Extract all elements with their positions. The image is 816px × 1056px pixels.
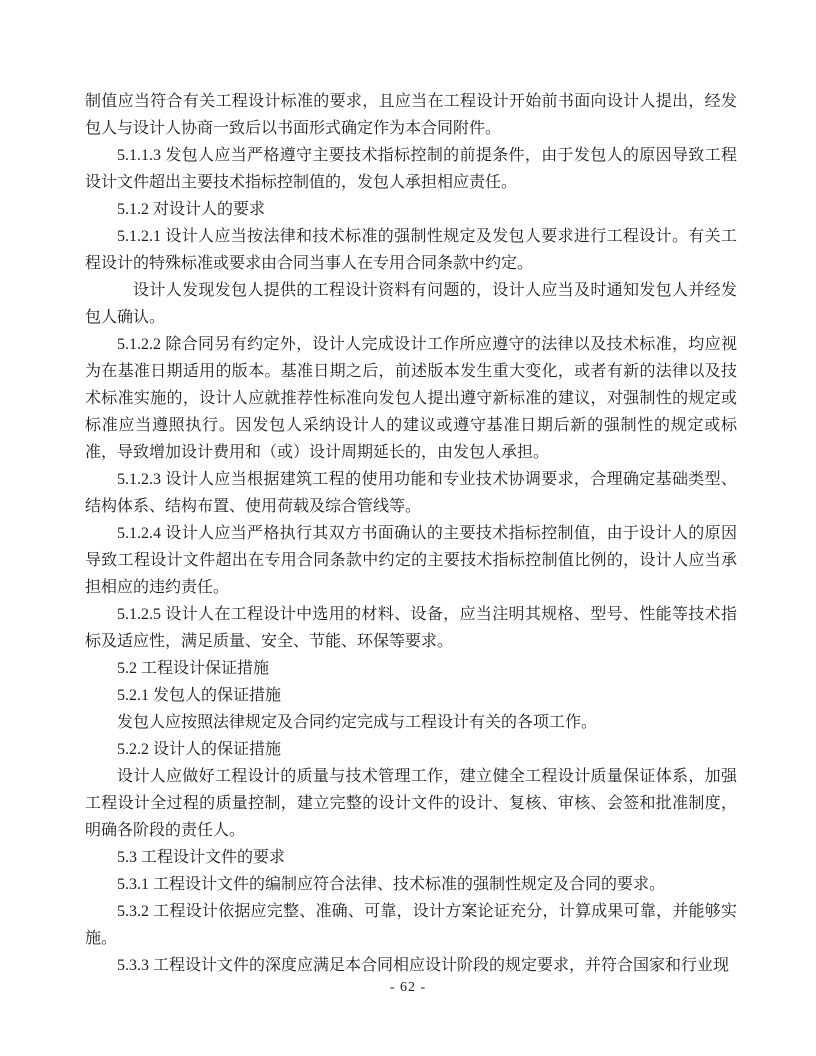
paragraph: 5.3.1 工程设计文件的编制应符合法律、技术标准的强制性规定及合同的要求。 [85, 871, 737, 898]
document-body: 制值应当符合有关工程设计标准的要求，且应当在工程设计开始前书面向设计人提出，经发… [85, 88, 737, 979]
paragraph: 5.2.2 设计人的保证措施 [85, 736, 737, 763]
paragraph: 5.1.2.5 设计人在工程设计中选用的材料、设备，应当注明其规格、型号、性能等… [85, 601, 737, 655]
paragraph: 发包人应按照法律规定及合同约定完成与工程设计有关的各项工作。 [85, 709, 737, 736]
paragraph: 设计人发现发包人提供的工程设计资料有问题的，设计人应当及时通知发包人并经发包人确… [85, 277, 737, 331]
paragraph: 5.2 工程设计保证措施 [85, 655, 737, 682]
paragraph: 5.1.2 对设计人的要求 [85, 196, 737, 223]
paragraph: 5.1.2.2 除合同另有约定外，设计人完成设计工作所应遵守的法律以及技术标准，… [85, 331, 737, 466]
paragraph: 5.1.2.1 设计人应当按法律和技术标准的强制性规定及发包人要求进行工程设计。… [85, 223, 737, 277]
paragraph: 5.1.1.3 发包人应当严格遵守主要技术指标控制的前提条件，由于发包人的原因导… [85, 142, 737, 196]
paragraph: 5.3 工程设计文件的要求 [85, 844, 737, 871]
paragraph: 设计人应做好工程设计的质量与技术管理工作，建立健全工程设计质量保证体系，加强工程… [85, 763, 737, 844]
page-footer: - 62 - [0, 980, 816, 996]
paragraph: 5.3.2 工程设计依据应完整、准确、可靠，设计方案论证充分，计算成果可靠，并能… [85, 898, 737, 952]
paragraph: 5.3.3 工程设计文件的深度应满足本合同相应设计阶段的规定要求，并符合国家和行… [85, 952, 737, 979]
paragraph: 5.1.2.4 设计人应当严格执行其双方书面确认的主要技术指标控制值，由于设计人… [85, 520, 737, 601]
document-page: 制值应当符合有关工程设计标准的要求，且应当在工程设计开始前书面向设计人提出，经发… [0, 0, 816, 1056]
paragraph: 制值应当符合有关工程设计标准的要求，且应当在工程设计开始前书面向设计人提出，经发… [85, 88, 737, 142]
page-number: - 62 - [390, 980, 426, 995]
paragraph: 5.1.2.3 设计人应当根据建筑工程的使用功能和专业技术协调要求，合理确定基础… [85, 466, 737, 520]
paragraph: 5.2.1 发包人的保证措施 [85, 682, 737, 709]
